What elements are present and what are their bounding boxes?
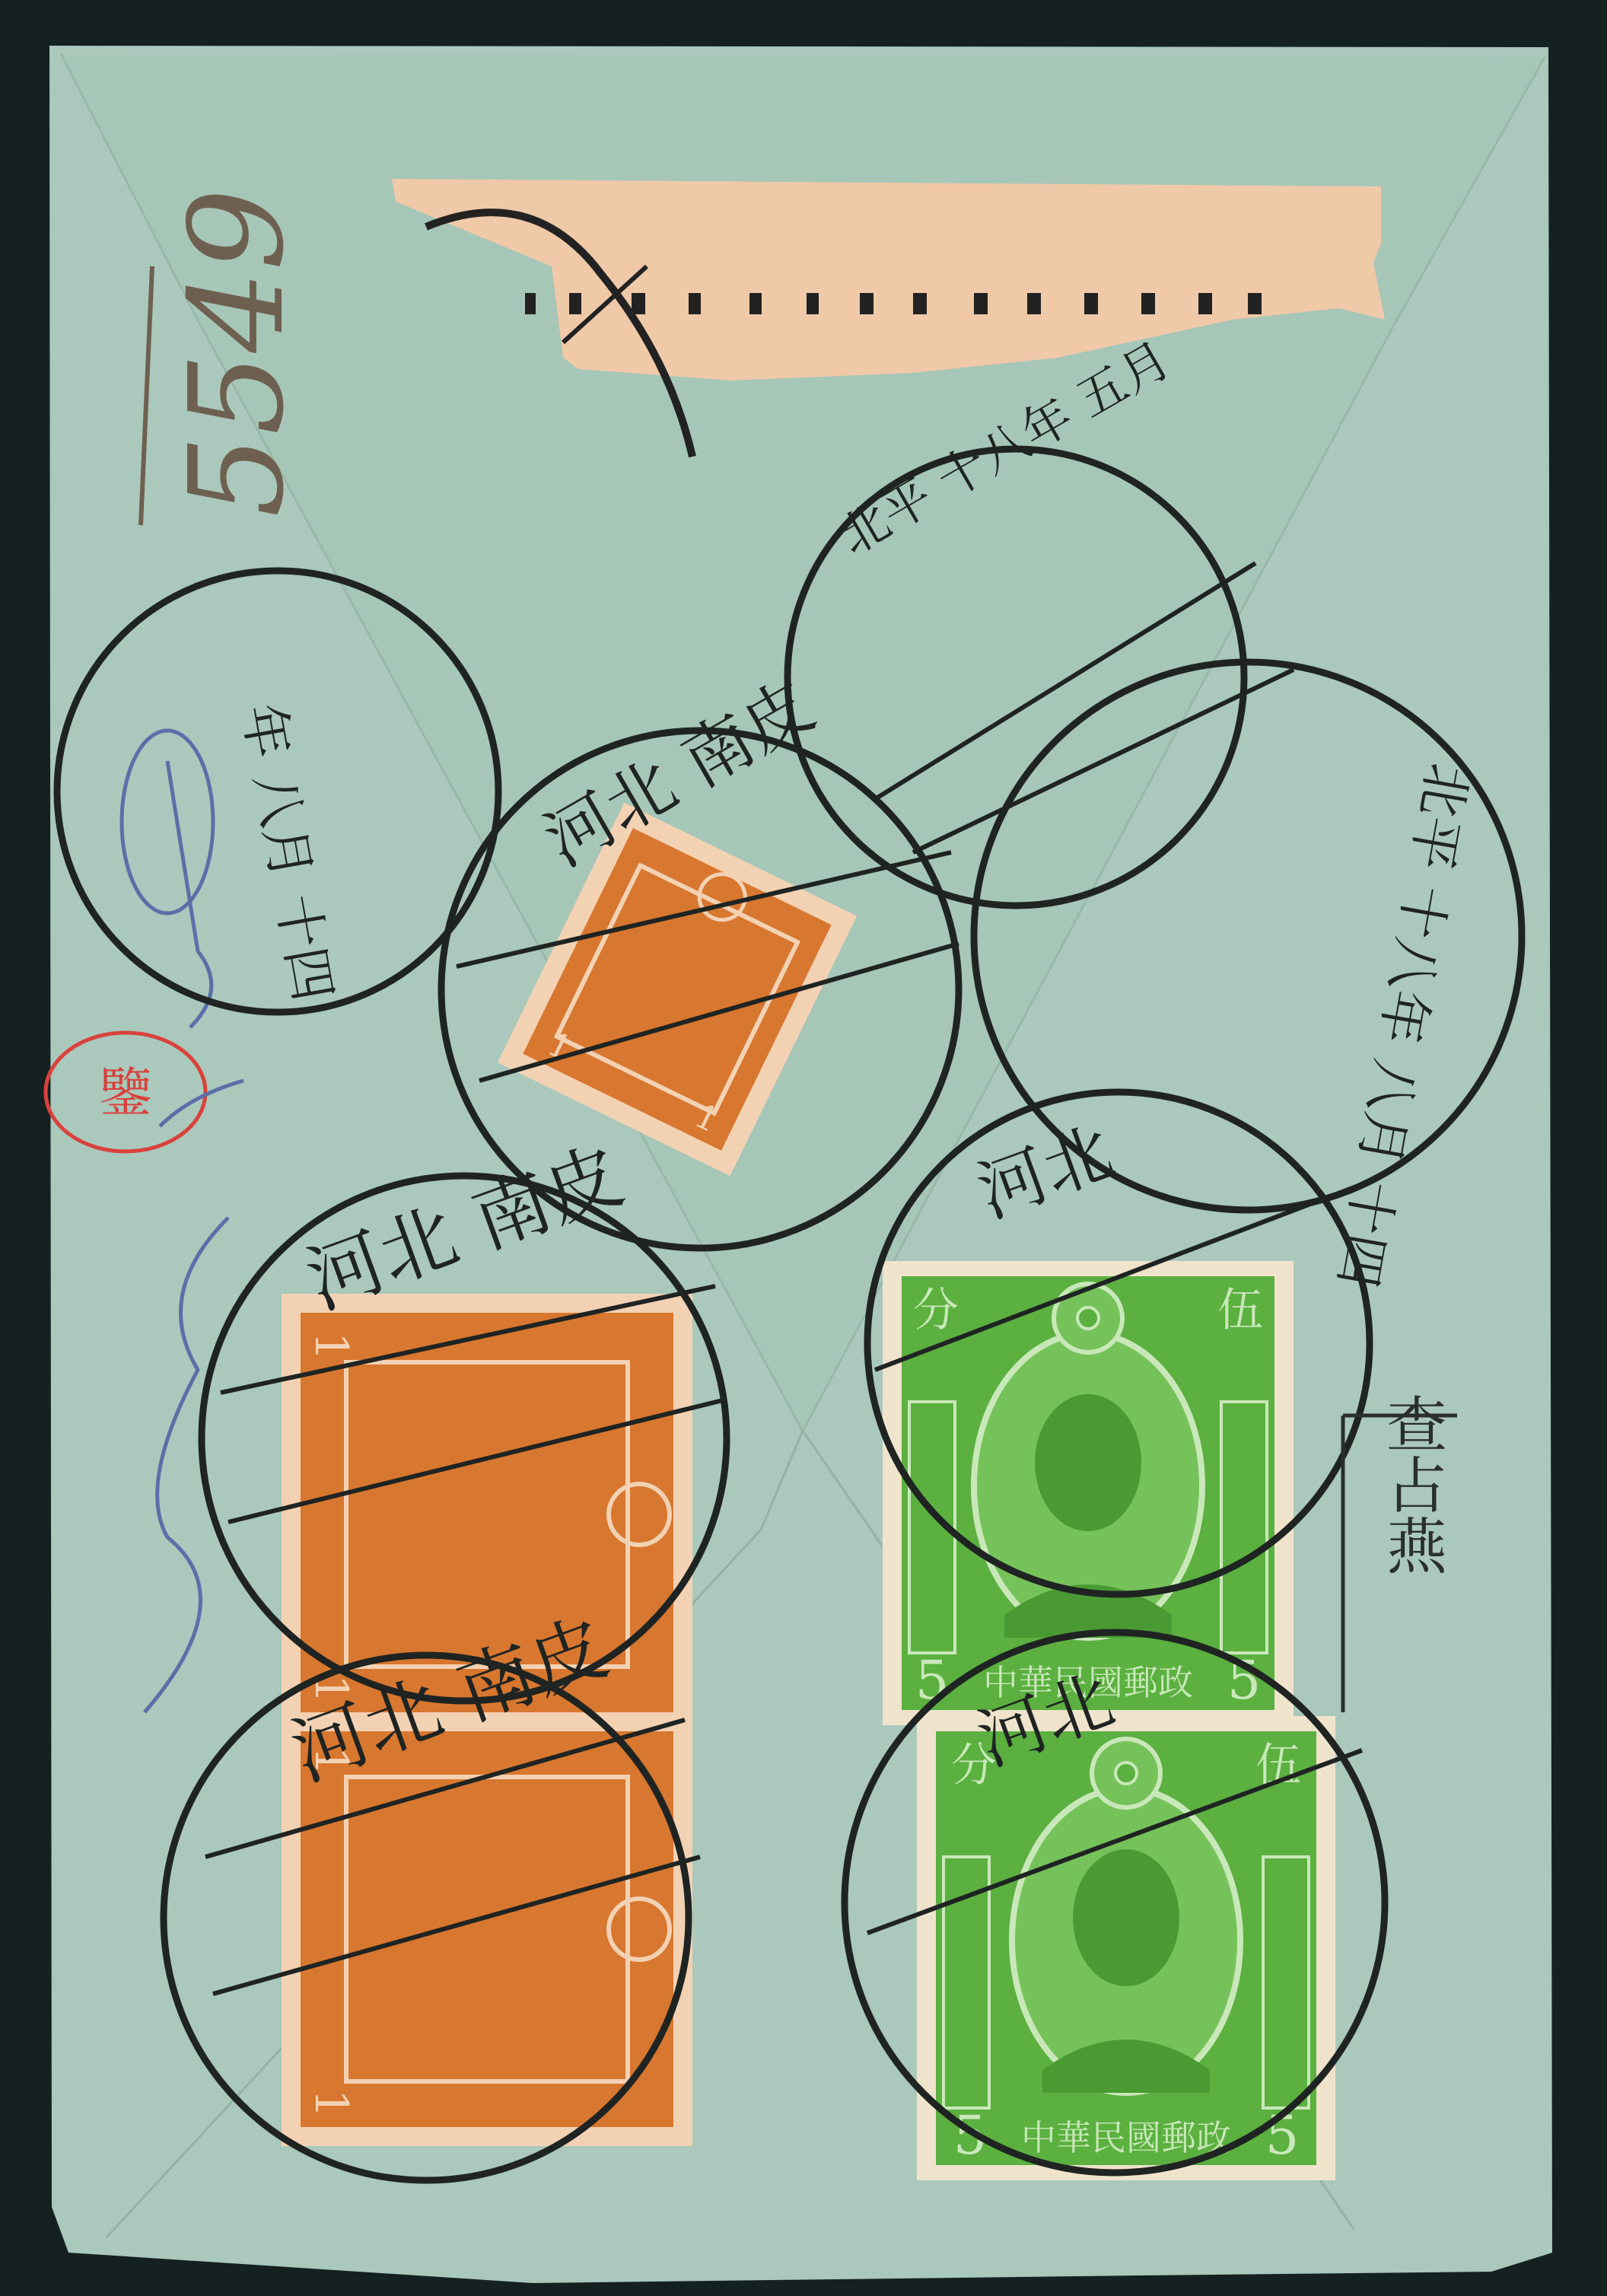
svg-text:1: 1 xyxy=(304,2089,358,2118)
svg-text:分: 分 xyxy=(913,1284,959,1337)
svg-text:5549: 5549 xyxy=(162,188,313,517)
envelope-photo: 5549 鑒 1 1 1 1 1 1 xyxy=(0,0,1607,2296)
svg-text:伍: 伍 xyxy=(1217,1284,1263,1337)
svg-text:查占燕: 查占燕 xyxy=(1376,1393,1447,1576)
handwritten-number: 5549 xyxy=(162,188,313,517)
svg-text:中華民國郵政: 中華民國郵政 xyxy=(1021,2117,1231,2158)
svg-text:伍: 伍 xyxy=(1255,1739,1301,1792)
svg-text:鑒: 鑒 xyxy=(99,1062,152,1124)
svg-text:1: 1 xyxy=(304,1332,358,1361)
